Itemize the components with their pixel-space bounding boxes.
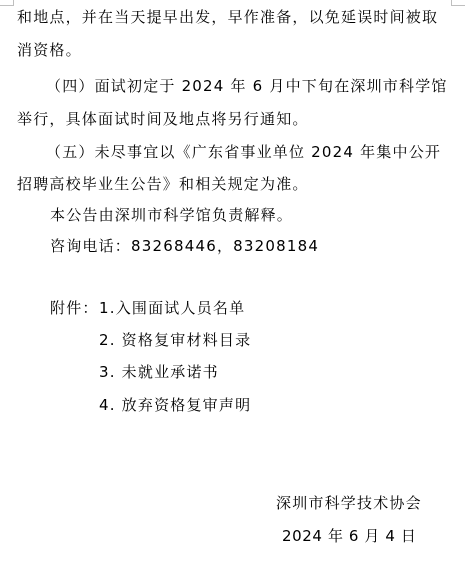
paragraph-line: （四）面试初定于 2024 年 6 月中下旬在深圳市科学馆 <box>46 76 448 96</box>
signature-date: 2024 年 6 月 4 日 <box>282 526 417 546</box>
signature-organization: 深圳市科学技术协会 <box>276 493 422 513</box>
attachment-item: 3. 未就业承诺书 <box>99 362 219 382</box>
paragraph-line: 招聘高校毕业生公告》和相关规定为准。 <box>17 174 309 194</box>
paragraph-line: 举行，具体面试时间及地点将另行通知。 <box>17 109 309 129</box>
attachment-item: 4. 放弃资格复审声明 <box>99 395 251 415</box>
page-corner-mark-left <box>0 0 14 6</box>
paragraph-line: 本公告由深圳市科学馆负责解释。 <box>50 205 293 225</box>
paragraph-line: （五）未尽事宜以《广东省事业单位 2024 年集中公开 <box>46 142 441 162</box>
contact-phone-line: 咨询电话：83268446，83208184 <box>50 236 319 256</box>
paragraph-line: 消资格。 <box>17 40 82 60</box>
paragraph-line: 和地点，并在当天提早出发，早作准备，以免延误时间被取 <box>17 7 438 27</box>
attachment-item: 1.入围面试人员名单 <box>99 298 245 318</box>
page-corner-mark-right <box>451 0 465 6</box>
attachment-item: 2. 资格复审材料目录 <box>99 330 251 350</box>
attachments-label: 附件： <box>50 298 99 318</box>
